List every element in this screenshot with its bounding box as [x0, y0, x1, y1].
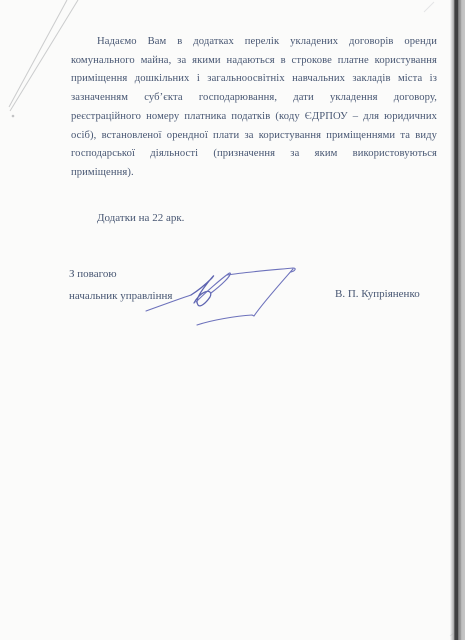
signoff-respect: З повагою	[69, 268, 117, 280]
signature	[140, 253, 305, 338]
scan-speck	[12, 115, 15, 118]
crease-line	[9, 0, 67, 107]
attachments-note: Додатки на 22 арк.	[71, 212, 371, 224]
body-line: зазначенням суб’єкта господарювання, дат…	[71, 89, 437, 108]
body-line: комунального майна, за якими надаються в…	[71, 52, 437, 71]
crease-line	[10, 0, 78, 111]
body-line: реєстраційного номеру платника податків …	[71, 108, 437, 127]
scanned-letter-page: Надаємо Вам в додатках перелік укладених…	[0, 0, 465, 640]
scan-edge-shadow	[450, 0, 465, 640]
corner-crease-line	[424, 2, 434, 12]
body-line: приміщення).	[71, 164, 437, 183]
signature-stroke	[191, 276, 214, 306]
letter-body: Надаємо Вам в додатках перелік укладених…	[71, 33, 437, 183]
signature-stroke	[146, 295, 191, 311]
body-line: господарської діяльності (призначення за…	[71, 145, 437, 164]
signature-stroke	[227, 268, 295, 275]
body-line: приміщення дошкільних і загальноосвітніх…	[71, 70, 437, 89]
body-line: Надаємо Вам в додатках перелік укладених…	[71, 33, 437, 52]
signer-name: В. П. Купріяненко	[335, 288, 420, 300]
body-line: осіб), встановленої орендної плати за ко…	[71, 127, 437, 146]
